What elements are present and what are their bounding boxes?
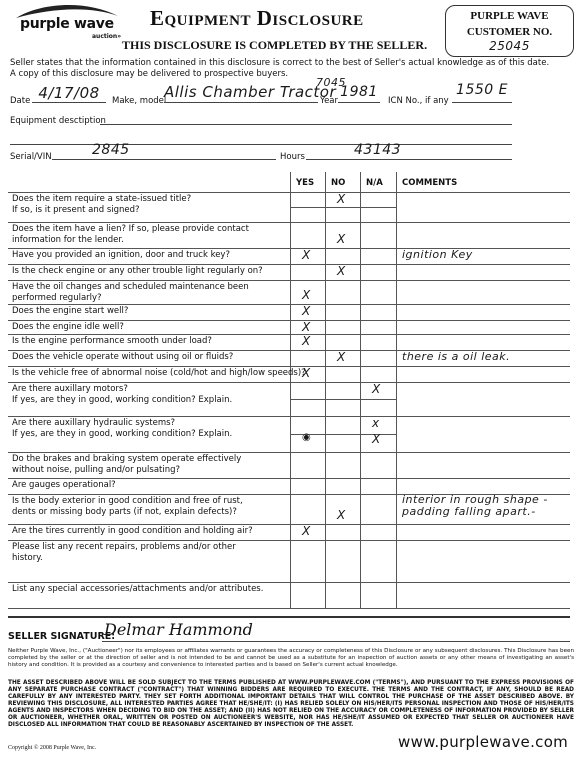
logo-subtext: auction» [92, 33, 121, 40]
question-line: Does the engine start well? [12, 306, 128, 317]
table-row: Are there auxillary hydraulic systems?If… [8, 416, 570, 452]
question-line: Have the oil changes and scheduled maint… [12, 282, 249, 293]
answer-cell-yes[interactable] [290, 478, 325, 494]
table-row: Does the engine idle well?X [8, 320, 570, 334]
make-model-label: Make, model [112, 96, 166, 106]
question-line: Is the body exterior in good condition a… [12, 496, 243, 507]
hours-label: Hours [280, 152, 305, 162]
answer-cell-na[interactable] [360, 192, 396, 222]
question-line: Does the vehicle operate without using o… [12, 352, 233, 363]
x-mark-icon: X [337, 264, 346, 278]
answer-cell-na[interactable] [360, 478, 396, 494]
answer-cell-no[interactable] [325, 304, 360, 320]
x-mark-icon: X [337, 350, 346, 364]
question-line: If yes, are they in good, working condit… [12, 395, 232, 406]
question-line: Is the check engine or any other trouble… [12, 266, 263, 277]
answer-cell-na[interactable] [360, 366, 396, 382]
question-text: Is the engine performance smooth under l… [12, 336, 212, 347]
question-text: Have the oil changes and scheduled maint… [12, 282, 249, 303]
terms-text: THE ASSET DESCRIBED ABOVE WILL BE SOLD S… [8, 680, 574, 729]
question-text: Is the vehicle free of abnormal noise (c… [12, 368, 306, 379]
question-line: Are the tires currently in good conditio… [12, 526, 253, 537]
question-line: Is the vehicle free of abnormal noise (c… [12, 368, 306, 379]
question-line: List any special accessories/attachments… [12, 584, 263, 595]
question-line: If yes, are they in good, working condit… [12, 429, 232, 440]
answer-cell-no[interactable] [325, 320, 360, 334]
make-model-field[interactable]: Allis Chamber Tractor [164, 83, 318, 103]
question-line: performed regularly? [12, 293, 249, 304]
year-field[interactable]: 1981 [338, 84, 380, 103]
icn-label: ICN No., if any [388, 96, 449, 106]
answer-cell-yes[interactable] [290, 582, 325, 608]
answer-cell-na[interactable] [360, 222, 396, 248]
question-text: Is the body exterior in good condition a… [12, 496, 243, 517]
seller-signature-label: SELLER SIGNATURE: [8, 631, 115, 642]
website-link[interactable]: www.purplewave.com [398, 733, 568, 751]
table-row: Have you provided an ignition, door and … [8, 248, 570, 264]
answer-cell-yes[interactable] [290, 350, 325, 366]
answer-cell-no[interactable] [325, 452, 360, 478]
answer-cell-no[interactable] [325, 382, 360, 416]
answer-cell-yes[interactable] [290, 264, 325, 280]
answer-cell-na[interactable] [360, 304, 396, 320]
question-line: Does the item require a state-issued tit… [12, 194, 191, 205]
table-row: Are the tires currently in good conditio… [8, 524, 570, 540]
question-text: Please list any recent repairs, problems… [12, 542, 236, 563]
x-mark-icon: X [302, 248, 311, 262]
date-label: Date [10, 96, 30, 106]
question-line: Please list any recent repairs, problems… [12, 542, 236, 553]
seller-statement-line-2: A copy of this disclosure may be deliver… [10, 69, 575, 80]
question-line: Are there auxillary hydraulic systems? [12, 418, 232, 429]
question-line: Do the brakes and braking system operate… [12, 454, 241, 465]
seller-signature-field[interactable]: Delmar Hammond [104, 620, 253, 639]
table-row: Is the engine performance smooth under l… [8, 334, 570, 350]
answer-cell-no[interactable] [325, 524, 360, 540]
table-row: List any special accessories/attachments… [8, 582, 570, 608]
table-row: Are gauges operational? [8, 478, 570, 494]
x-mark-icon: X [302, 320, 311, 334]
x-mark-icon: x [372, 416, 380, 430]
question-text: Does the item have a lien? If so, please… [12, 224, 249, 245]
table-row: Does the engine start well?X [8, 304, 570, 320]
comment-field[interactable]: ignition Key [402, 249, 568, 261]
answer-cell-no[interactable] [325, 540, 360, 582]
x-mark-icon: X [337, 232, 346, 246]
signature-line [102, 640, 570, 642]
x-mark-icon: X [337, 192, 346, 206]
x-mark-icon: X [302, 304, 311, 318]
answer-cell-na[interactable] [360, 494, 396, 524]
answer-cell-na[interactable] [360, 248, 396, 264]
answer-cell-no[interactable] [325, 416, 360, 452]
comment-field[interactable]: interior in rough shape - padding fallin… [402, 494, 568, 518]
header-no: NO [331, 178, 345, 188]
question-text: Is the check engine or any other trouble… [12, 266, 263, 277]
scribble-mark-icon: ◉ [302, 432, 311, 443]
x-mark-icon: X [372, 382, 381, 396]
question-text: Does the engine start well? [12, 306, 128, 317]
question-text: Have you provided an ignition, door and … [12, 250, 230, 261]
hours-field[interactable]: 43143 [306, 142, 512, 160]
answer-cell-yes[interactable] [290, 222, 325, 248]
question-text: Does the vehicle operate without using o… [12, 352, 233, 363]
answer-cell-yes[interactable] [290, 452, 325, 478]
answer-cell-na[interactable] [360, 264, 396, 280]
question-text: Are the tires currently in good conditio… [12, 526, 253, 537]
header-yes: YES [296, 178, 314, 188]
question-line: Have you provided an ignition, door and … [12, 250, 230, 261]
header-na: N/A [366, 178, 383, 188]
table-row: Does the item require a state-issued tit… [8, 192, 570, 222]
customer-number-label-1: PURPLE WAVE [446, 10, 573, 22]
answer-cell-na[interactable] [360, 582, 396, 608]
answer-cell-na[interactable] [360, 452, 396, 478]
answer-cell-no[interactable] [325, 582, 360, 608]
answer-cell-no[interactable] [325, 248, 360, 264]
x-mark-icon: X [302, 288, 311, 302]
question-text: List any special accessories/attachments… [12, 584, 263, 595]
serial-vin-label: Serial/VIN [10, 152, 52, 162]
question-line: Does the item have a lien? If so, please… [12, 224, 249, 235]
question-text: Does the engine idle well? [12, 322, 124, 333]
answer-cell-na[interactable] [360, 540, 396, 582]
seller-statement-line-1: Seller states that the information conta… [10, 58, 575, 69]
question-line: dents or missing body parts (if not, exp… [12, 507, 243, 518]
comment-field[interactable]: there is a oil leak. [402, 351, 568, 363]
question-line: Are gauges operational? [12, 480, 116, 491]
purple-wave-logo: purple wave auction» [10, 4, 120, 44]
icn-field[interactable]: 1550 E [452, 82, 512, 103]
page-subtitle: THIS DISCLOSURE IS COMPLETED BY THE SELL… [122, 38, 427, 53]
answer-cell-yes[interactable] [290, 540, 325, 582]
question-text: Do the brakes and braking system operate… [12, 454, 241, 475]
customer-number-label-2: CUSTOMER NO. [446, 26, 573, 38]
table-bottom-rule [8, 616, 570, 618]
logo-text: purple wave [20, 16, 114, 32]
question-text: Are gauges operational? [12, 480, 116, 491]
question-line: information for the lender. [12, 235, 249, 246]
header-comments: COMMENTS [402, 178, 457, 188]
question-line: Is the engine performance smooth under l… [12, 336, 212, 347]
question-text: Does the item require a state-issued tit… [12, 194, 191, 215]
answer-cell-na[interactable] [360, 334, 396, 350]
x-mark-icon: X [337, 508, 346, 522]
question-text: Are there auxillary hydraulic systems?If… [12, 418, 232, 439]
answer-cell-no[interactable] [325, 478, 360, 494]
disclaimer-text: Neither Purple Wave, Inc., ("Auctioneer"… [8, 648, 574, 669]
question-line: Are there auxillary motors? [12, 384, 232, 395]
question-line: history. [12, 553, 236, 564]
table-row: Does the item have a lien? If so, please… [8, 222, 570, 248]
customer-number-box: PURPLE WAVE CUSTOMER NO. 25045 [445, 5, 574, 57]
year-label: Year [320, 96, 338, 106]
x-mark-icon: X [372, 432, 381, 446]
page-title: Equipment Disclosure [150, 6, 364, 31]
answer-cell-yes[interactable] [290, 382, 325, 416]
answer-cell-na[interactable] [360, 280, 396, 304]
question-line: If so, is it present and signed? [12, 205, 191, 216]
answer-cell-no[interactable] [325, 280, 360, 304]
equipment-description-label: Equipment desctiption [10, 116, 106, 126]
row-rule [8, 608, 570, 609]
seller-statement: Seller states that the information conta… [10, 58, 575, 80]
serial-vin-field[interactable]: 2845 [52, 142, 276, 160]
answer-cell-na[interactable] [360, 524, 396, 540]
equipment-description-field[interactable] [100, 114, 512, 125]
answer-cell-yes[interactable] [290, 192, 325, 222]
date-field[interactable]: 4/17/08 [32, 84, 106, 103]
table-row: Does the vehicle operate without using o… [8, 350, 570, 366]
question-line: Does the engine idle well? [12, 322, 124, 333]
question-line: without noise, pulling and/or pulsating? [12, 465, 241, 476]
customer-number-value[interactable]: 25045 [446, 39, 573, 53]
table-row: Is the body exterior in good condition a… [8, 494, 570, 524]
x-mark-icon: X [302, 366, 311, 380]
table-row: Is the vehicle free of abnormal noise (c… [8, 366, 570, 382]
x-mark-icon: X [302, 524, 311, 538]
question-text: Are there auxillary motors?If yes, are t… [12, 384, 232, 405]
copyright-text: Copyright © 2008 Purple Wave, Inc. [8, 745, 96, 751]
table-row: Have the oil changes and scheduled maint… [8, 280, 570, 304]
table-row: Please list any recent repairs, problems… [8, 540, 570, 582]
answer-cell-na[interactable] [360, 320, 396, 334]
table-row: Are there auxillary motors?If yes, are t… [8, 382, 570, 416]
answer-cell-na[interactable] [360, 350, 396, 366]
table-row: Is the check engine or any other trouble… [8, 264, 570, 280]
answer-cell-no[interactable] [325, 334, 360, 350]
answer-cell-no[interactable] [325, 366, 360, 382]
x-mark-icon: X [302, 334, 311, 348]
table-row: Do the brakes and braking system operate… [8, 452, 570, 478]
answer-cell-yes[interactable] [290, 494, 325, 524]
